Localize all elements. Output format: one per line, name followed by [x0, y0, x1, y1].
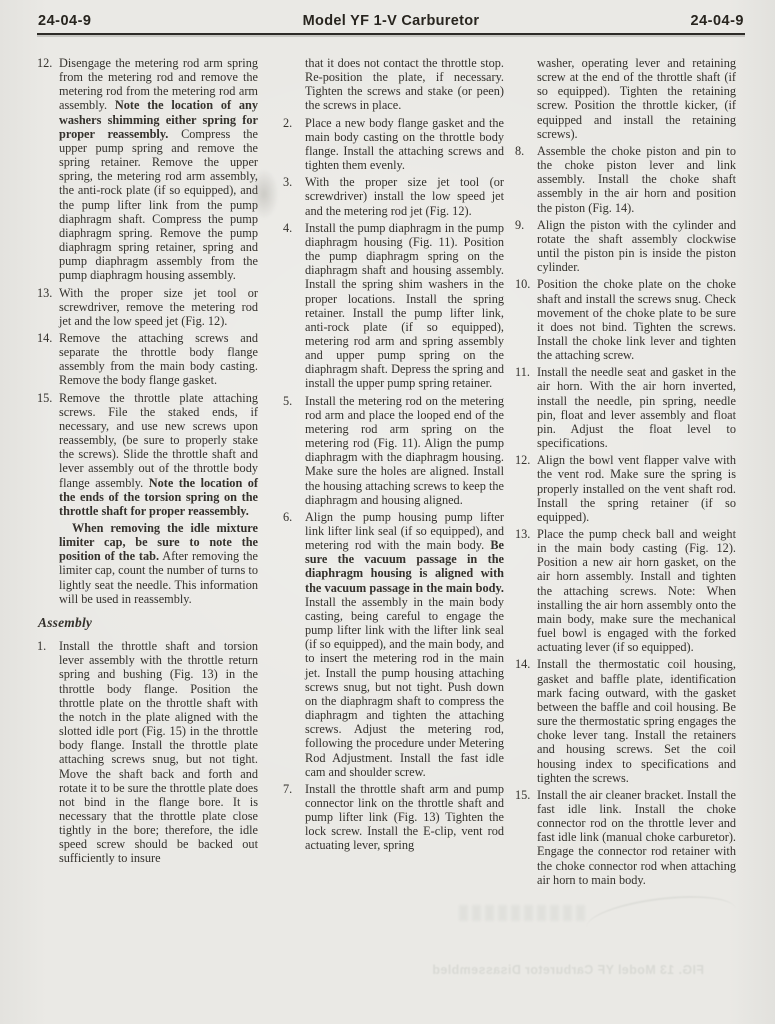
text-run: that it does not contact the throttle st…: [305, 56, 504, 112]
item-number: 1.: [37, 639, 59, 866]
item-text: With the proper size jet tool or screwdr…: [59, 286, 258, 328]
item-text: Install the thermostatic coil housing, g…: [537, 657, 736, 784]
text-run: Install the assembly in the main body ca…: [305, 595, 504, 779]
page-number-right: 24-04-9: [691, 13, 744, 29]
item-text: Align the bowl vent flapper valve with t…: [537, 453, 736, 524]
item-text: Align the piston with the cylinder and r…: [537, 218, 736, 275]
list-item: 13.Place the pump check ball and weight …: [515, 527, 736, 654]
item-text: Install the metering rod on the metering…: [305, 394, 504, 507]
page-header: 24-04-9 Model YF 1-V Carburetor 24-04-9: [38, 13, 744, 29]
item-number: 9.: [515, 218, 537, 275]
list-item: 13.With the proper size jet tool or scre…: [37, 286, 258, 328]
text-run: Install the throttle shaft and torsion l…: [59, 639, 258, 865]
text-run: Compress the upper pump spring and remov…: [59, 127, 258, 283]
item-text: Remove the throttle plate attaching scre…: [59, 391, 258, 518]
list-item: 10.Position the choke plate on the choke…: [515, 277, 736, 362]
text-run: Install the throttle shaft arm and pump …: [305, 782, 504, 853]
item-number: 8.: [515, 144, 537, 215]
section-heading: Assembly: [38, 616, 258, 630]
text-run: Install the needle seat and gasket in th…: [537, 365, 736, 450]
text-run: Position the choke plate on the choke sh…: [537, 277, 736, 362]
list-item: 12.Align the bowl vent flapper valve wit…: [515, 453, 736, 524]
list-item: 2.Place a new body flange gasket and the…: [283, 116, 504, 173]
text-run: With the proper size jet tool or screwdr…: [59, 286, 258, 328]
item-text: Install the throttle shaft arm and pump …: [305, 782, 504, 853]
text-run: Align the pump housing pump lifter link …: [305, 510, 504, 552]
continuation-paragraph: washer, operating lever and retaining sc…: [537, 56, 736, 141]
item-number: 11.: [515, 365, 537, 450]
bleedthrough-line: [584, 889, 735, 927]
list-item: 15.Remove the throttle plate attaching s…: [37, 391, 258, 518]
text-run: Place a new body flange gasket and the m…: [305, 116, 504, 172]
item-number: 3.: [283, 175, 305, 217]
item-number: 15.: [37, 391, 59, 518]
list-item: 7.Install the throttle shaft arm and pum…: [283, 782, 504, 853]
item-number: 13.: [515, 527, 537, 654]
item-text: With the proper size jet tool (or screwd…: [305, 175, 504, 217]
item-number: 14.: [515, 657, 537, 784]
continuation-paragraph: that it does not contact the throttle st…: [305, 56, 504, 113]
list-item: 4.Install the pump diaphragm in the pump…: [283, 221, 504, 391]
item-text: Disengage the metering rod arm spring fr…: [59, 56, 258, 283]
list-item: 9.Align the piston with the cylinder and…: [515, 218, 736, 275]
text-column: washer, operating lever and retaining sc…: [515, 56, 736, 890]
list-item: 8.Assemble the choke piston and pin to t…: [515, 144, 736, 215]
scan-smudge: [249, 168, 279, 220]
list-item: 11.Install the needle seat and gasket in…: [515, 365, 736, 450]
item-number: 5.: [283, 394, 305, 507]
bleedthrough-caption: FIG. 13 Model YF Carburetor Disassembled: [388, 963, 748, 977]
item-number: 12.: [515, 453, 537, 524]
item-number: 6.: [283, 510, 305, 779]
item-text: Remove the attaching screws and separate…: [59, 331, 258, 388]
item-text: Assemble the choke piston and pin to the…: [537, 144, 736, 215]
text-run: Place the pump check ball and weight in …: [537, 527, 736, 654]
list-item: 12.Disengage the metering rod arm spring…: [37, 56, 258, 283]
item-text: Install the throttle shaft and torsion l…: [59, 639, 258, 866]
item-number: 15.: [515, 788, 537, 887]
text-column: 12.Disengage the metering rod arm spring…: [37, 56, 258, 869]
item-number: 12.: [37, 56, 59, 283]
text-run: Align the bowl vent flapper valve with t…: [537, 453, 736, 524]
item-number: 4.: [283, 221, 305, 391]
text-run: Install the pump diaphragm in the pump d…: [305, 221, 504, 391]
note-paragraph: When removing the idle mixture limiter c…: [59, 521, 258, 606]
list-item: 14.Install the thermostatic coil housing…: [515, 657, 736, 784]
header-rule: [37, 33, 745, 35]
item-number: 10.: [515, 277, 537, 362]
text-run: Align the piston with the cylinder and r…: [537, 218, 736, 274]
item-text: Install the air cleaner bracket. Install…: [537, 788, 736, 887]
text-column: that it does not contact the throttle st…: [283, 56, 504, 856]
text-run: washer, operating lever and retaining sc…: [537, 56, 736, 141]
page-title: Model YF 1-V Carburetor: [303, 13, 480, 29]
list-item: 1.Install the throttle shaft and torsion…: [37, 639, 258, 866]
item-text: Place the pump check ball and weight in …: [537, 527, 736, 654]
text-run: With the proper size jet tool (or screwd…: [305, 175, 504, 217]
item-text: Position the choke plate on the choke sh…: [537, 277, 736, 362]
item-text: Place a new body flange gasket and the m…: [305, 116, 504, 173]
list-item: 3.With the proper size jet tool (or scre…: [283, 175, 504, 217]
page-number-left: 24-04-9: [38, 13, 91, 29]
item-number: 7.: [283, 782, 305, 853]
bleedthrough-smudge: [455, 905, 585, 921]
list-item: 15.Install the air cleaner bracket. Inst…: [515, 788, 736, 887]
item-number: 2.: [283, 116, 305, 173]
list-item: 6.Align the pump housing pump lifter lin…: [283, 510, 504, 779]
item-text: Align the pump housing pump lifter link …: [305, 510, 504, 779]
list-item: 14.Remove the attaching screws and separ…: [37, 331, 258, 388]
text-run: Install the metering rod on the metering…: [305, 394, 504, 507]
item-text: Install the needle seat and gasket in th…: [537, 365, 736, 450]
text-run: Assemble the choke piston and pin to the…: [537, 144, 736, 215]
manual-page: 24-04-9 Model YF 1-V Carburetor 24-04-9 …: [0, 0, 775, 1024]
text-run: Remove the attaching screws and separate…: [59, 331, 258, 387]
text-run: Install the thermostatic coil housing, g…: [537, 657, 736, 784]
item-number: 14.: [37, 331, 59, 388]
text-run: Install the air cleaner bracket. Install…: [537, 788, 736, 887]
item-number: 13.: [37, 286, 59, 328]
list-item: 5.Install the metering rod on the meteri…: [283, 394, 504, 507]
item-text: Install the pump diaphragm in the pump d…: [305, 221, 504, 391]
